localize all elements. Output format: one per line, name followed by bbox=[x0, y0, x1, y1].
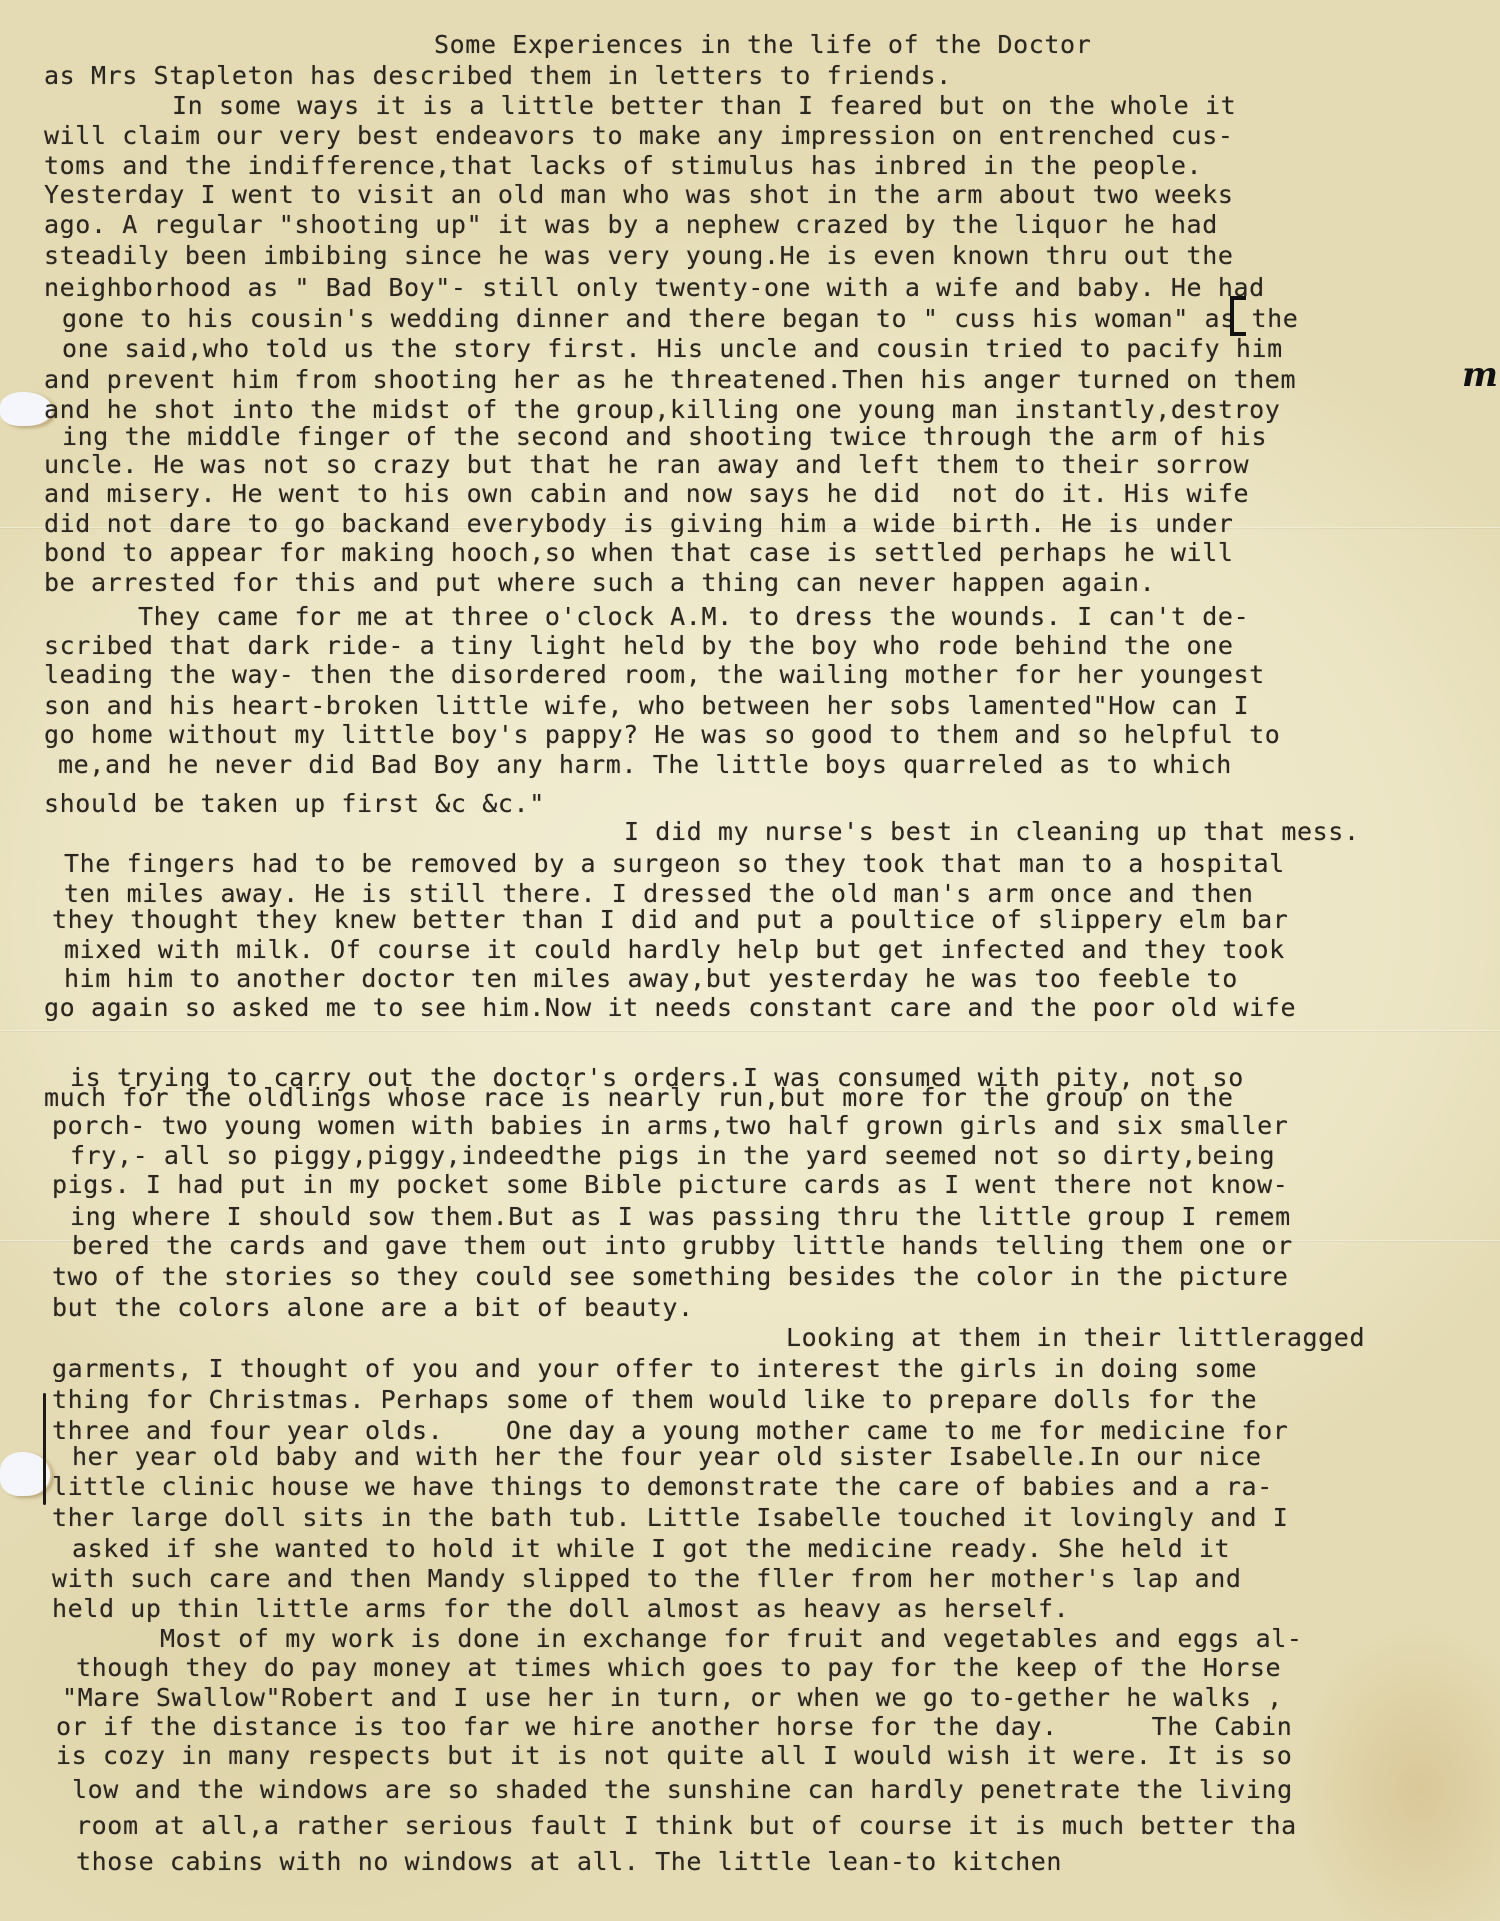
text-line: is cozy in many respects but it is not q… bbox=[56, 1741, 1292, 1771]
text-line: gone to his cousin's wedding dinner and … bbox=[62, 304, 1298, 334]
text-line: low and the windows are so shaded the su… bbox=[72, 1775, 1293, 1805]
text-line: bond to appear for making hooch,so when … bbox=[44, 538, 1234, 568]
text-line: The fingers had to be removed by a surge… bbox=[64, 849, 1285, 879]
text-line: Most of my work is done in exchange for … bbox=[160, 1624, 1303, 1654]
text-line: neighborhood as " Bad Boy"- still only t… bbox=[44, 273, 1265, 303]
text-line: ing where I should sow them.But as I was… bbox=[70, 1202, 1291, 1232]
text-line: me,and he never did Bad Boy any harm. Th… bbox=[58, 750, 1232, 780]
text-line: or if the distance is too far we hire an… bbox=[56, 1712, 1292, 1742]
text-line: held up thin little arms for the doll al… bbox=[52, 1594, 1069, 1624]
text-line: I did my nurse's best in cleaning up tha… bbox=[624, 817, 1360, 847]
handwritten-letter-m: m bbox=[1462, 355, 1498, 395]
text-line: asked if she wanted to hold it while I g… bbox=[72, 1534, 1230, 1564]
text-line: little clinic house we have things to de… bbox=[52, 1472, 1273, 1502]
text-line: room at all,a rather serious fault I thi… bbox=[76, 1811, 1297, 1841]
paper-fold-line bbox=[0, 1030, 1500, 1032]
text-line: son and his heart-broken little wife, wh… bbox=[44, 691, 1249, 721]
text-line: fry,- all so piggy,piggy,indeedthe pigs … bbox=[70, 1141, 1275, 1171]
text-line: thing for Christmas. Perhaps some of the… bbox=[52, 1385, 1257, 1415]
text-line: but the colors alone are a bit of beauty… bbox=[52, 1293, 694, 1323]
text-line: be arrested for this and put where such … bbox=[44, 568, 1155, 598]
text-line: garments, I thought of you and your offe… bbox=[52, 1354, 1257, 1384]
text-line: ago. A regular "shooting up" it was by a… bbox=[44, 210, 1218, 240]
text-line: her year old baby and with her the four … bbox=[72, 1442, 1262, 1472]
text-line: They came for me at three o'clock A.M. t… bbox=[138, 602, 1249, 632]
text-line: and he shot into the midst of the group,… bbox=[44, 395, 1280, 425]
text-line: mixed with milk. Of course it could hard… bbox=[64, 935, 1285, 965]
text-line: one said,who told us the story first. Hi… bbox=[62, 334, 1283, 364]
document-subtitle: as Mrs Stapleton has described them in l… bbox=[44, 61, 952, 91]
text-line: uncle. He was not so crazy but that he r… bbox=[44, 450, 1249, 480]
text-line: go again so asked me to see him.Now it n… bbox=[44, 993, 1296, 1023]
document-title: Some Experiences in the life of the Doct… bbox=[434, 30, 1091, 60]
text-line: toms and the indifference,that lacks of … bbox=[44, 151, 1202, 181]
text-line: Yesterday I went to visit an old man who… bbox=[44, 180, 1234, 210]
text-line: and misery. He went to his own cabin and… bbox=[44, 479, 1249, 509]
text-line: ing the middle finger of the second and … bbox=[62, 422, 1267, 452]
text-line: with such care and then Mandy slipped to… bbox=[52, 1564, 1242, 1594]
text-line: Looking at them in their littleragged bbox=[786, 1323, 1365, 1353]
text-line: scribed that dark ride- a tiny light hel… bbox=[44, 631, 1234, 661]
handwritten-margin-line bbox=[43, 1393, 46, 1505]
text-line: leading the way- then the disordered roo… bbox=[44, 660, 1265, 690]
text-line: go home without my little boy's pappy? H… bbox=[44, 720, 1280, 750]
text-line: ther large doll sits in the bath tub. Li… bbox=[52, 1503, 1288, 1533]
text-line: him him to another doctor ten miles away… bbox=[64, 964, 1238, 994]
text-line: steadily been imbibing since he was very… bbox=[44, 241, 1234, 271]
handwritten-bracket-correction bbox=[1230, 296, 1246, 336]
text-line: "Mare Swallow"Robert and I use her in tu… bbox=[62, 1683, 1283, 1713]
text-line: they thought they knew better than I did… bbox=[52, 905, 1288, 935]
text-line: In some ways it is a little better than … bbox=[172, 91, 1236, 121]
text-line: porch- two young women with babies in ar… bbox=[52, 1111, 1288, 1141]
text-line: much for the oldlings whose race is near… bbox=[44, 1083, 1234, 1113]
text-line: though they do pay money at times which … bbox=[76, 1653, 1281, 1683]
text-line: should be taken up first &c &c." bbox=[44, 789, 545, 819]
text-line: and prevent him from shooting her as he … bbox=[44, 365, 1296, 395]
text-line: pigs. I had put in my pocket some Bible … bbox=[52, 1170, 1288, 1200]
text-line: those cabins with no windows at all. The… bbox=[76, 1847, 1062, 1877]
text-line: did not dare to go backand everybody is … bbox=[44, 509, 1234, 539]
text-line: will claim our very best endeavors to ma… bbox=[44, 121, 1234, 151]
text-line: bered the cards and gave them out into g… bbox=[72, 1231, 1293, 1261]
text-line: two of the stories so they could see som… bbox=[52, 1262, 1288, 1292]
